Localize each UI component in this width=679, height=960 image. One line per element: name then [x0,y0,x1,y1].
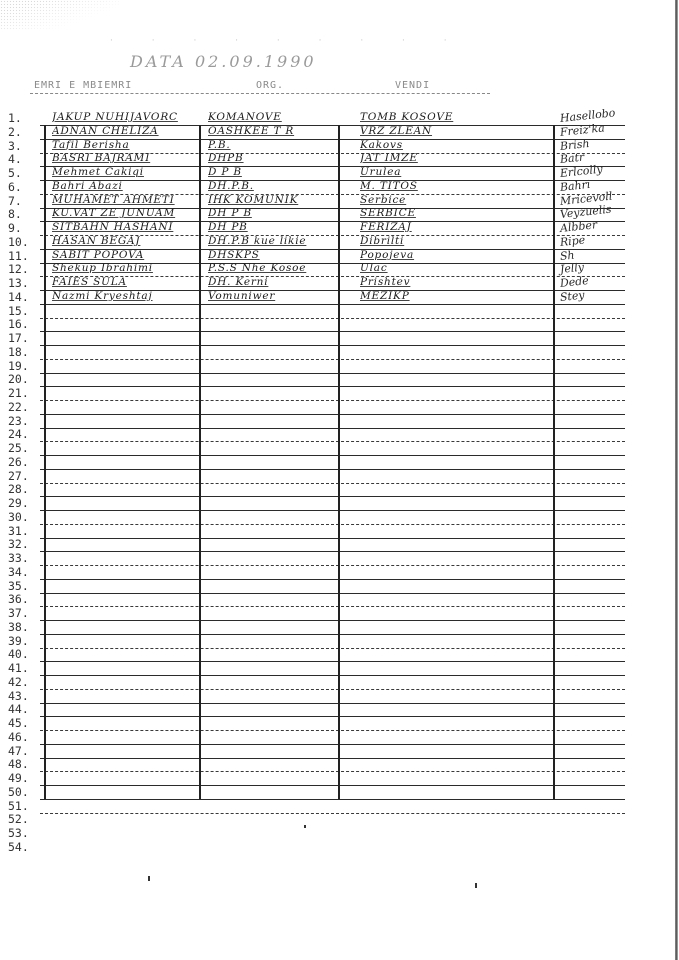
entry-signature: Ripe [559,234,585,249]
entry-place: Popojeva [360,249,490,261]
entry-org: DH.P.B kue likie [208,235,338,247]
row-rule [40,510,625,511]
column-header-name: EMRI E MBIEMRI [34,80,132,91]
row-number: 30. [8,511,29,523]
row-number: 51. [8,800,29,812]
entry-signature: Freiz'ka [559,122,605,139]
row-number: 34. [8,566,29,578]
row-number: 3. [8,140,22,152]
row-number: 32. [8,538,29,550]
entry-name: Nazmi Kryeshtaj [52,290,198,302]
row-rule [40,744,625,745]
row-number: 39. [8,635,29,647]
stray-mark [304,825,306,828]
entry-org: IHK KOMUNIK [208,194,338,206]
row-number: 37. [8,607,29,619]
row-number: 8. [8,208,22,220]
row-rule [40,661,625,662]
entry-name: ADNAN CHELIZA [52,125,198,137]
row-rule [40,716,625,717]
row-number: 18. [8,346,29,358]
entry-org: D P B [208,166,338,178]
row-number: 40. [8,648,29,660]
row-number: 44. [8,703,29,715]
column-header-org: ORG. [256,80,284,91]
row-number: 42. [8,676,29,688]
entry-name: KU.VAT ZE JUNUAM [52,207,198,219]
entry-org: OASHKEE T R [208,125,338,137]
entry-name: FAIES SULA [52,276,198,288]
entry-place: Serbice [360,194,490,206]
entry-name: Bahri Abazi [52,180,198,192]
entry-place: Kakovs [360,139,490,151]
row-rule [40,758,625,759]
row-rule [40,703,625,704]
row-rule [40,414,625,415]
row-number: 45. [8,717,29,729]
row-rule [40,606,625,607]
row-number: 49. [8,772,29,784]
entry-place: M. TITOS [360,180,490,192]
entry-signature: Brish [559,137,590,152]
entry-signature: Sh [559,249,575,262]
page-edge-shadow [675,0,678,960]
row-rule [40,620,625,621]
row-rule [40,345,625,346]
row-rule [40,496,625,497]
row-number: 48. [8,758,29,770]
row-number: 38. [8,621,29,633]
entry-name: Mehmet Cakiqi [52,166,198,178]
entry-place: VRZ ZLEAN [360,125,490,137]
row-number: 22. [8,401,29,413]
row-number: 54. [8,841,29,853]
entry-place: TOMB KOSOVE [360,111,490,123]
entry-place: Dibrilti [360,235,490,247]
row-number: 2. [8,126,22,138]
row-rule [40,538,625,539]
row-number: 1. [8,112,22,124]
column-divider [553,125,555,799]
row-number: 17. [8,332,29,344]
row-number: 7. [8,195,22,207]
row-number: 14. [8,291,29,303]
row-rule [40,524,625,525]
entry-name: JAKUP NUHIJAVORC [52,111,198,123]
row-number: 33. [8,552,29,564]
row-rule [40,441,625,442]
row-number: 25. [8,442,29,454]
entry-place: Urulea [360,166,490,178]
row-rule [40,785,625,786]
row-rule [40,483,625,484]
row-number: 20. [8,373,29,385]
entry-name: HASAN BEGAJ [52,235,198,247]
column-header-place: VENDI [395,80,430,91]
row-number: 36. [8,593,29,605]
row-number: 15. [8,305,29,317]
row-number: 52. [8,813,29,825]
row-number: 53. [8,827,29,839]
column-divider [338,125,340,799]
stray-mark [475,883,477,888]
entry-name: SITBAHN HASHANI [52,221,198,233]
row-number: 35. [8,580,29,592]
column-divider [199,125,201,799]
entry-name: Tafil Berisha [52,139,198,151]
row-number: 23. [8,415,29,427]
entry-signature: Erlcolly [559,164,603,180]
row-rule [40,771,625,772]
row-rule [40,373,625,374]
entry-org: DHPB [208,152,338,164]
row-rule [40,634,625,635]
entry-org: Vomuniwer [208,290,338,302]
entry-place: Prishtev [360,276,490,288]
row-rule [40,386,625,387]
row-number: 10. [8,236,29,248]
row-number: 47. [8,745,29,757]
row-number: 50. [8,786,29,798]
row-number: 31. [8,525,29,537]
entry-name: SABIT POPOVA [52,249,198,261]
row-number: 19. [8,360,29,372]
entry-place: MEZIKP [360,290,490,302]
scan-artifact [0,0,120,30]
row-number: 26. [8,456,29,468]
entry-org: DH.P.B. [208,180,338,192]
entry-name: MUHAMET AHMETI [52,194,198,206]
entry-org: P.B. [208,139,338,151]
row-rule [40,579,625,580]
document-date: DATA 02.09.1990 [130,52,317,71]
row-number: 43. [8,690,29,702]
row-number: 21. [8,387,29,399]
entry-org: DHSKPS [208,249,338,261]
row-number: 6. [8,181,22,193]
row-rule [40,331,625,332]
row-rule [40,813,625,814]
row-rule [40,359,625,360]
entry-org: KOMANOVE [208,111,338,123]
row-number: 29. [8,497,29,509]
faint-header-line: · · · · · · · · · [110,36,530,50]
entry-name: BASRI BAJRAMI [52,152,198,164]
entry-place: SERBICE [360,207,490,219]
row-rule [40,318,625,319]
row-rule [40,469,625,470]
row-rule [40,648,625,649]
entry-org: DH P B [208,207,338,219]
entry-place: JAT IMZE [360,152,490,164]
header-underline [30,93,490,94]
entry-org: P.S.S Nhe Kosoe [208,262,338,274]
row-rule [40,551,625,552]
row-rule [40,455,625,456]
row-rule [40,799,625,800]
entry-signature: Stey [559,289,585,304]
row-number: 9. [8,222,22,234]
row-number: 28. [8,483,29,495]
row-rule [40,304,625,305]
row-rule [40,428,625,429]
row-number: 11. [8,250,29,262]
row-number: 13. [8,277,29,289]
stray-mark [148,876,150,881]
row-number: 41. [8,662,29,674]
row-rule [40,565,625,566]
row-number: 27. [8,470,29,482]
row-rule [40,730,625,731]
entry-place: FERIZAJ [360,221,490,233]
row-rule [40,593,625,594]
row-number: 5. [8,167,22,179]
entry-signature: Albber [559,219,597,235]
row-number: 46. [8,731,29,743]
row-number: 24. [8,428,29,440]
row-number: 4. [8,153,22,165]
row-number: 12. [8,263,29,275]
entry-org: DH PB [208,221,338,233]
entry-org: DH. Kerni [208,276,338,288]
column-divider [44,125,46,799]
row-rule [40,675,625,676]
entry-place: Ulac [360,262,490,274]
row-rule [40,400,625,401]
entry-name: Shekup Ibrahimi [52,262,198,274]
entry-signature: Dede [559,275,589,290]
row-rule [40,689,625,690]
row-number: 16. [8,318,29,330]
